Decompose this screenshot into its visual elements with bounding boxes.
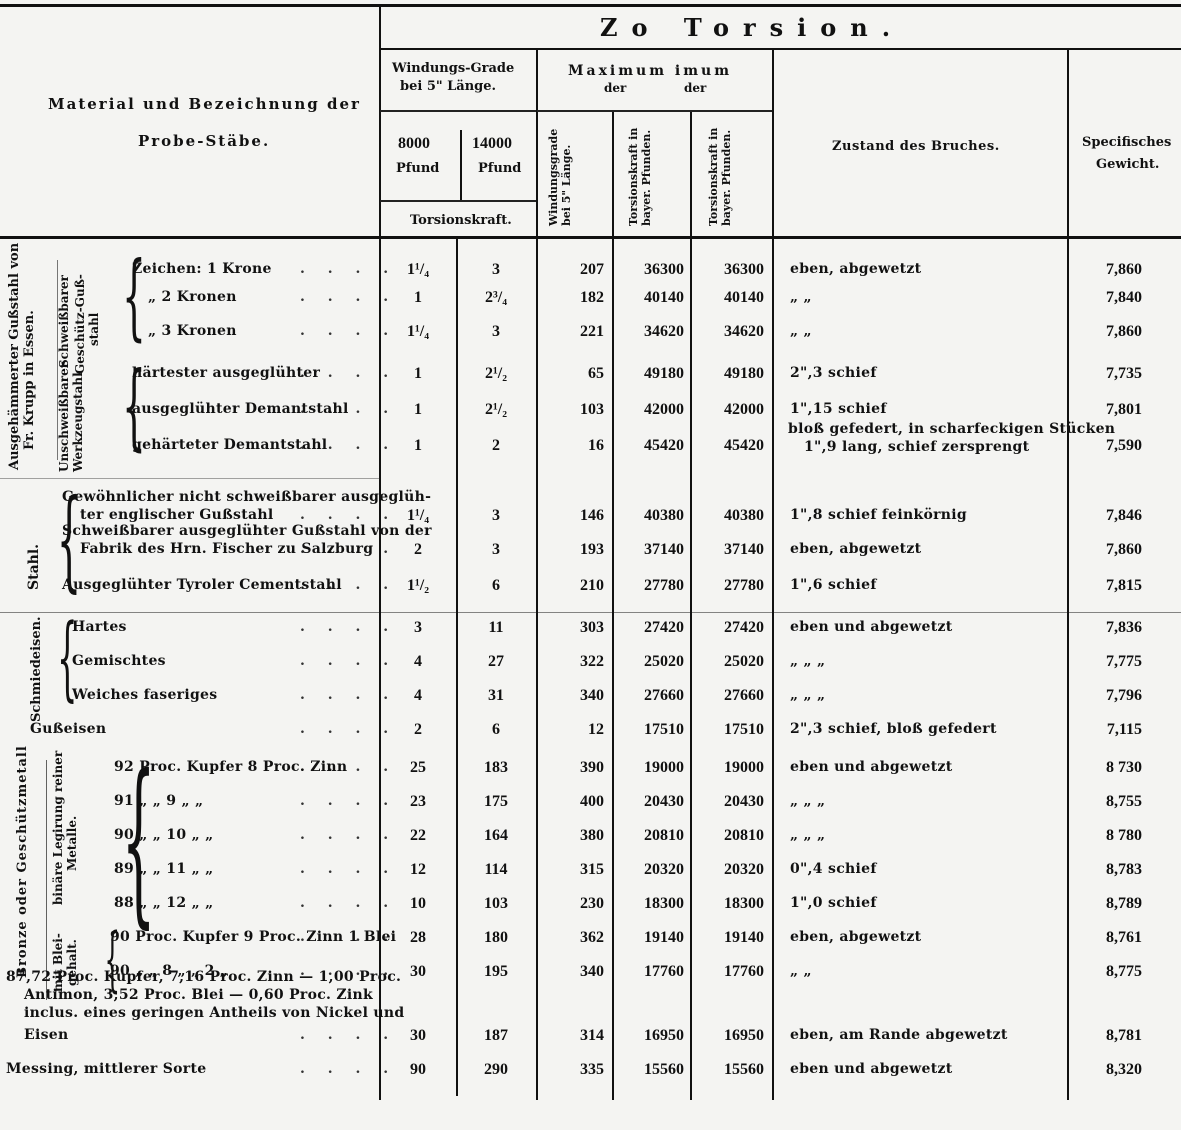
cell-gewicht: 8 780 [1078, 828, 1142, 844]
leader-dots: . . . . [300, 366, 397, 380]
cell-windungsgrade: 340 [540, 688, 604, 704]
bronze-divider [46, 760, 47, 1000]
leader-dots: . . . . [300, 508, 397, 522]
table-title: Zo Torsion. [600, 16, 904, 40]
row-label: Gußeisen [30, 722, 106, 736]
cell-zustand: „ „ [790, 324, 812, 338]
cell-zustand: eben und abgewetzt [790, 1062, 952, 1076]
group-stahl: Stahl. [26, 544, 42, 590]
cell-w8000: 1 [388, 402, 448, 418]
row-label-line: ter englischer Gußstahl [80, 508, 273, 522]
col-wg-line1: Windungsgrade [548, 129, 561, 226]
cell-w14000: 2 [462, 438, 530, 454]
section-rule-main [0, 612, 1181, 613]
cell-torsionskraft-2: 17510 [694, 722, 764, 738]
row-label: Weiches faseriges [72, 688, 217, 702]
header-probe-staebe: Probe-Stäbe. [138, 134, 270, 149]
header-maximum: Maximum imum [568, 64, 732, 78]
leader-dots: . . . . [300, 324, 397, 338]
col-divider-4 [612, 110, 614, 1100]
cell-torsionskraft-1: 27660 [614, 688, 684, 704]
cell-w14000: 3 [462, 542, 530, 558]
cell-windungsgrade: 303 [540, 620, 604, 636]
col-ta-line2: bayer. Pfunden. [641, 128, 654, 226]
cell-torsionskraft-1: 36300 [614, 262, 684, 278]
cell-torsionskraft-2: 16950 [694, 1028, 764, 1044]
cell-w8000: 1¹/₂ [388, 578, 448, 594]
cell-windungsgrade: 146 [540, 508, 604, 524]
header-zustand: Zustand des Bruches. [832, 140, 1000, 153]
cell-torsionskraft-1: 17510 [614, 722, 684, 738]
cell-w8000: 1¹/₄ [388, 324, 448, 340]
cell-w14000: 180 [462, 930, 530, 946]
group-binaer-line2: Metalle. [66, 751, 80, 905]
cell-w8000: 90 [388, 1062, 448, 1078]
cell-torsionskraft-2: 18300 [694, 896, 764, 912]
group-werkzeug-line: Werkzeugstahl [72, 362, 86, 472]
cell-zustand: bloß gefedert, in scharfeckigen Stücken [788, 422, 1115, 436]
leader-dots: . . . . [300, 290, 397, 304]
leader-dots: . . . . [300, 654, 397, 668]
cell-torsionskraft-2: 37140 [694, 542, 764, 558]
leader-dots: . . . . [300, 1062, 397, 1076]
row-label-line: inclus. eines geringen Antheils von Nick… [24, 1006, 404, 1020]
cell-gewicht: 8,789 [1078, 896, 1142, 912]
rule-torsion [380, 200, 536, 202]
row-label: 88 „ „ 12 „ „ [114, 896, 213, 910]
cell-w14000: 195 [462, 964, 530, 980]
leader-dots: . . . . [300, 930, 397, 944]
leader-dots: . . . . [300, 620, 397, 634]
cell-windungsgrade: 390 [540, 760, 604, 776]
cell-torsionskraft-2: 27660 [694, 688, 764, 704]
cell-torsionskraft-1: 40380 [614, 508, 684, 524]
cell-w14000: 2³/₄ [462, 290, 530, 306]
header-col-torsionskraft-b: Torsionskraft in bayer. Pfunden. [708, 128, 733, 226]
cell-w8000: 2 [388, 542, 448, 558]
group-bronze-label: Bronze oder Geschützmetall [16, 745, 31, 978]
cell-torsionskraft-1: 18300 [614, 896, 684, 912]
header-material: Material und Bezeichnung der [48, 97, 361, 112]
cell-windungsgrade: 362 [540, 930, 604, 946]
cell-torsionskraft-2: 27780 [694, 578, 764, 594]
header-der-1: der [604, 82, 626, 94]
row-label: Zeichen: 1 Krone [132, 262, 272, 276]
cell-gewicht: 7,860 [1078, 542, 1142, 558]
cell-torsionskraft-1: 19000 [614, 760, 684, 776]
cell-w14000: 27 [462, 654, 530, 670]
cell-gewicht: 8,761 [1078, 930, 1142, 946]
leader-dots: . . . . [300, 722, 397, 736]
cell-torsionskraft-2: 17760 [694, 964, 764, 980]
row-label-line: Antimon, 3,52 Proc. Blei — 0,60 Proc. Zi… [24, 988, 373, 1002]
header-bei-laenge: bei 5" Länge. [400, 80, 496, 93]
cell-torsionskraft-1: 15560 [614, 1062, 684, 1078]
row-label-line: Gewöhnlicher nicht schweißbarer ausgeglü… [62, 490, 431, 504]
group-schweiss: Schweißbarer [58, 275, 72, 368]
cell-w14000: 3 [462, 508, 530, 524]
cell-torsionskraft-2: 19000 [694, 760, 764, 776]
cell-zustand: 1",0 schief [790, 896, 877, 910]
cell-windungsgrade: 380 [540, 828, 604, 844]
cell-windungsgrade: 314 [540, 1028, 604, 1044]
cell-torsionskraft-1: 42000 [614, 402, 684, 418]
cell-zustand: eben, abgewetzt [790, 930, 921, 944]
cell-windungsgrade: 193 [540, 542, 604, 558]
cell-torsionskraft-1: 25020 [614, 654, 684, 670]
cell-w8000: 10 [388, 896, 448, 912]
cell-zustand: eben und abgewetzt [790, 760, 952, 774]
row-label: härtester ausgeglühter [132, 366, 320, 380]
leader-dots: . . . . [300, 794, 397, 808]
cell-w14000: 31 [462, 688, 530, 704]
cell-gewicht: 7,836 [1078, 620, 1142, 636]
cell-zustand: „ „ „ [790, 688, 825, 702]
cell-windungsgrade: 221 [540, 324, 604, 340]
col-divider-2 [456, 236, 458, 1096]
leader-dots: . . . . [300, 760, 397, 774]
cell-torsionskraft-1: 27420 [614, 620, 684, 636]
leader-dots: . . . . [300, 438, 397, 452]
row-label: gehärteter Demantstahl [132, 438, 327, 452]
col-divider-5 [690, 110, 692, 1100]
row-label: Messing, mittlerer Sorte [6, 1062, 206, 1076]
cell-w14000: 114 [462, 862, 530, 878]
col-tb-line1: Torsionskraft in [708, 128, 721, 226]
row-label-line: Schweißbarer ausgeglühter Gußstahl von d… [62, 524, 432, 538]
cell-zustand-line2: 1",9 lang, schief zersprengt [804, 440, 1029, 454]
col-wg-line2: bei 5" Länge. [561, 129, 574, 226]
header-pfund-1: Pfund [396, 162, 439, 175]
cell-windungsgrade: 182 [540, 290, 604, 306]
cell-torsionskraft-1: 37140 [614, 542, 684, 558]
header-torsionskraft: Torsionskraft. [410, 214, 512, 227]
row-label: 91 „ „ 9 „ „ [114, 794, 203, 808]
cell-torsionskraft-1: 27780 [614, 578, 684, 594]
header-col-windungsgrade: Windungsgrade bei 5" Länge. [548, 129, 573, 226]
cell-gewicht: 7,796 [1078, 688, 1142, 704]
cell-torsionskraft-1: 34620 [614, 324, 684, 340]
group-schmiede: Schmiedeisen. [30, 616, 45, 722]
cell-zustand: „ „ [790, 964, 812, 978]
cell-gewicht: 8,783 [1078, 862, 1142, 878]
cell-gewicht: 7,590 [1078, 438, 1142, 454]
cell-torsionskraft-1: 20430 [614, 794, 684, 810]
row-label-line: Eisen [24, 1028, 68, 1042]
group-binaer: binäre Legirung reiner Metalle. [52, 751, 80, 905]
group-krupp: Ausgehämmerter Gußstahl von Fr. Krupp in… [8, 243, 38, 470]
col-divider-7 [1067, 48, 1069, 1100]
leader-dots: . . . . [300, 1028, 397, 1042]
group-schmiede-label: Schmiedeisen. [30, 616, 45, 722]
group-geschuetz-line1: Geschütz-Guß- [74, 274, 88, 374]
cell-w8000: 3 [388, 620, 448, 636]
cell-windungsgrade: 335 [540, 1062, 604, 1078]
cell-w8000: 1¹/₄ [388, 508, 448, 524]
cell-zustand: „ „ „ [790, 794, 825, 808]
cell-zustand: 2",3 schief, bloß gefedert [790, 722, 997, 736]
group-geschuetz-line2: stahl [88, 274, 102, 374]
cell-w8000: 12 [388, 862, 448, 878]
col-divider-6 [772, 48, 774, 1100]
cell-torsionskraft-2: 19140 [694, 930, 764, 946]
cell-zustand: eben, abgewetzt [790, 262, 921, 276]
cell-windungsgrade: 207 [540, 262, 604, 278]
cell-w8000: 1 [388, 366, 448, 382]
cell-w14000: 164 [462, 828, 530, 844]
cell-zustand: 0",4 schief [790, 862, 877, 876]
cell-zustand: eben, abgewetzt [790, 542, 921, 556]
group-krupp-line1: Ausgehämmerter Gußstahl von [8, 243, 23, 470]
cell-w14000: 290 [462, 1062, 530, 1078]
cell-windungsgrade: 340 [540, 964, 604, 980]
header-pfund-2: Pfund [478, 162, 521, 175]
title-prefix: Zo [600, 13, 662, 42]
cell-torsionskraft-2: 20430 [694, 794, 764, 810]
cell-w8000: 23 [388, 794, 448, 810]
cell-torsionskraft-1: 20810 [614, 828, 684, 844]
leader-dots: . . . . [300, 578, 397, 592]
cell-torsionskraft-2: 27420 [694, 620, 764, 636]
col-divider-3 [536, 48, 538, 1100]
cell-w8000: 2 [388, 722, 448, 738]
col-ta-line1: Torsionskraft in [628, 128, 641, 226]
header-rule [380, 48, 1181, 50]
cell-torsionskraft-1: 17760 [614, 964, 684, 980]
cell-windungsgrade: 103 [540, 402, 604, 418]
header-windungs-grade: Windungs-Grade [392, 62, 514, 75]
group-geschuetz: Geschütz-Guß- stahl [74, 274, 102, 374]
cell-w8000: 4 [388, 654, 448, 670]
top-rule [0, 4, 1181, 7]
rule-max-sub [537, 110, 772, 112]
row-label: 90 „ „ 10 „ „ [114, 828, 213, 842]
leader-dots: . . . . [300, 828, 397, 842]
row-label: „ 2 Kronen [148, 290, 237, 304]
cell-torsionskraft-1: 40140 [614, 290, 684, 306]
cell-torsionskraft-1: 16950 [614, 1028, 684, 1044]
cell-w8000: 30 [388, 1028, 448, 1044]
group-bronze: Bronze oder Geschützmetall [16, 745, 31, 978]
header-bottom-rule [0, 236, 1181, 239]
col-divider-wind [460, 130, 462, 200]
group-unschweiss: Unschweißbarer Werkzeugstahl [58, 362, 86, 472]
title-text: Torsion. [684, 13, 904, 42]
cell-windungsgrade: 210 [540, 578, 604, 594]
document-page: Zo Torsion. Material und Bezeichnung der… [0, 0, 1181, 1130]
cell-torsionskraft-2: 49180 [694, 366, 764, 382]
cell-torsionskraft-1: 20320 [614, 862, 684, 878]
cell-windungsgrade: 16 [540, 438, 604, 454]
cell-zustand: „ „ „ [790, 828, 825, 842]
cell-gewicht: 8,775 [1078, 964, 1142, 980]
row-label-line: 87,72 Proc. Kupfer, 7,16 Proc. Zinn — 1,… [6, 970, 401, 984]
cell-windungsgrade: 322 [540, 654, 604, 670]
cell-torsionskraft-2: 42000 [694, 402, 764, 418]
leader-dots: . . . . [300, 262, 397, 276]
cell-gewicht: 8,755 [1078, 794, 1142, 810]
cell-torsionskraft-2: 25020 [694, 654, 764, 670]
cell-windungsgrade: 12 [540, 722, 604, 738]
header-gewicht: Specifisches [1082, 136, 1171, 149]
cell-zustand: eben, am Rande abgewetzt [790, 1028, 1008, 1042]
cell-zustand: 2",3 schief [790, 366, 877, 380]
cell-zustand: „ „ [790, 290, 812, 304]
cell-gewicht: 8,320 [1078, 1062, 1142, 1078]
cell-torsionskraft-2: 40140 [694, 290, 764, 306]
cell-torsionskraft-2: 20810 [694, 828, 764, 844]
leader-dots: . . . . [300, 896, 397, 910]
cell-w14000: 3 [462, 262, 530, 278]
cell-gewicht: 8,781 [1078, 1028, 1142, 1044]
col-tb-line2: bayer. Pfunden. [721, 128, 734, 226]
cell-w8000: 28 [388, 930, 448, 946]
cell-torsionskraft-2: 15560 [694, 1062, 764, 1078]
cell-torsionskraft-1: 49180 [614, 366, 684, 382]
cell-windungsgrade: 230 [540, 896, 604, 912]
cell-w14000: 175 [462, 794, 530, 810]
cell-zustand: 1",6 schief [790, 578, 877, 592]
leader-dots: . . . . [300, 862, 397, 876]
cell-gewicht: 7,775 [1078, 654, 1142, 670]
cell-zustand: 1",15 schief [790, 402, 887, 416]
cell-windungsgrade: 400 [540, 794, 604, 810]
cell-gewicht: 7,860 [1078, 324, 1142, 340]
row-label: Hartes [72, 620, 127, 634]
group-schweiss-line1: Schweißbarer [58, 275, 72, 368]
cell-zustand: 1",8 schief feinkörnig [790, 508, 967, 522]
cell-w14000: 187 [462, 1028, 530, 1044]
cell-zustand: „ „ „ [790, 654, 825, 668]
rule-wind-sub [380, 110, 536, 112]
cell-w14000: 6 [462, 722, 530, 738]
leader-dots: . . . . [300, 542, 397, 556]
cell-w14000: 2¹/₂ [462, 402, 530, 418]
leader-dots: . . . . [300, 402, 397, 416]
cell-gewicht: 7,840 [1078, 290, 1142, 306]
cell-w8000: 1 [388, 438, 448, 454]
cell-torsionskraft-2: 40380 [694, 508, 764, 524]
cell-torsionskraft-2: 34620 [694, 324, 764, 340]
cell-gewicht: 7,815 [1078, 578, 1142, 594]
cell-zustand: eben und abgewetzt [790, 620, 952, 634]
cell-w14000: 11 [462, 620, 530, 636]
cell-gewicht: 7,735 [1078, 366, 1142, 382]
header-der-2: der [684, 82, 706, 94]
cell-w14000: 103 [462, 896, 530, 912]
group-unschweiss-line1: Unschweißbarer [58, 362, 72, 472]
cell-w14000: 3 [462, 324, 530, 340]
cell-torsionskraft-2: 45420 [694, 438, 764, 454]
cell-gewicht: 8 730 [1078, 760, 1142, 776]
header-gewicht-2: Gewicht. [1096, 158, 1159, 171]
header-col-torsionskraft-a: Torsionskraft in bayer. Pfunden. [628, 128, 653, 226]
cell-torsionskraft-1: 45420 [614, 438, 684, 454]
group-stahl-label: Stahl. [26, 544, 42, 590]
group-binaer-line1: binäre Legirung reiner [52, 751, 66, 905]
cell-w14000: 6 [462, 578, 530, 594]
cell-gewicht: 7,846 [1078, 508, 1142, 524]
cell-w8000: 4 [388, 688, 448, 704]
cell-w14000: 2¹/₂ [462, 366, 530, 382]
cell-gewicht: 7,860 [1078, 262, 1142, 278]
group-krupp-line2: Fr. Krupp in Essen. [23, 243, 38, 470]
row-label: Gemischtes [72, 654, 166, 668]
cell-torsionskraft-2: 20320 [694, 862, 764, 878]
row-label: 89 „ „ 11 „ „ [114, 862, 213, 876]
cell-windungsgrade: 315 [540, 862, 604, 878]
header-8000: 8000 [398, 136, 430, 152]
cell-w14000: 183 [462, 760, 530, 776]
leader-dots: . . . . [300, 688, 397, 702]
cell-w8000: 22 [388, 828, 448, 844]
cell-w8000: 1 [388, 290, 448, 306]
cell-gewicht: 7,801 [1078, 402, 1142, 418]
cell-w8000: 1¹/₄ [388, 262, 448, 278]
cell-torsionskraft-1: 19140 [614, 930, 684, 946]
row-label: „ 3 Kronen [148, 324, 237, 338]
cell-torsionskraft-2: 36300 [694, 262, 764, 278]
cell-gewicht: 7,115 [1078, 722, 1142, 738]
cell-windungsgrade: 65 [540, 366, 604, 382]
header-14000: 14000 [472, 136, 512, 152]
cell-w8000: 25 [388, 760, 448, 776]
